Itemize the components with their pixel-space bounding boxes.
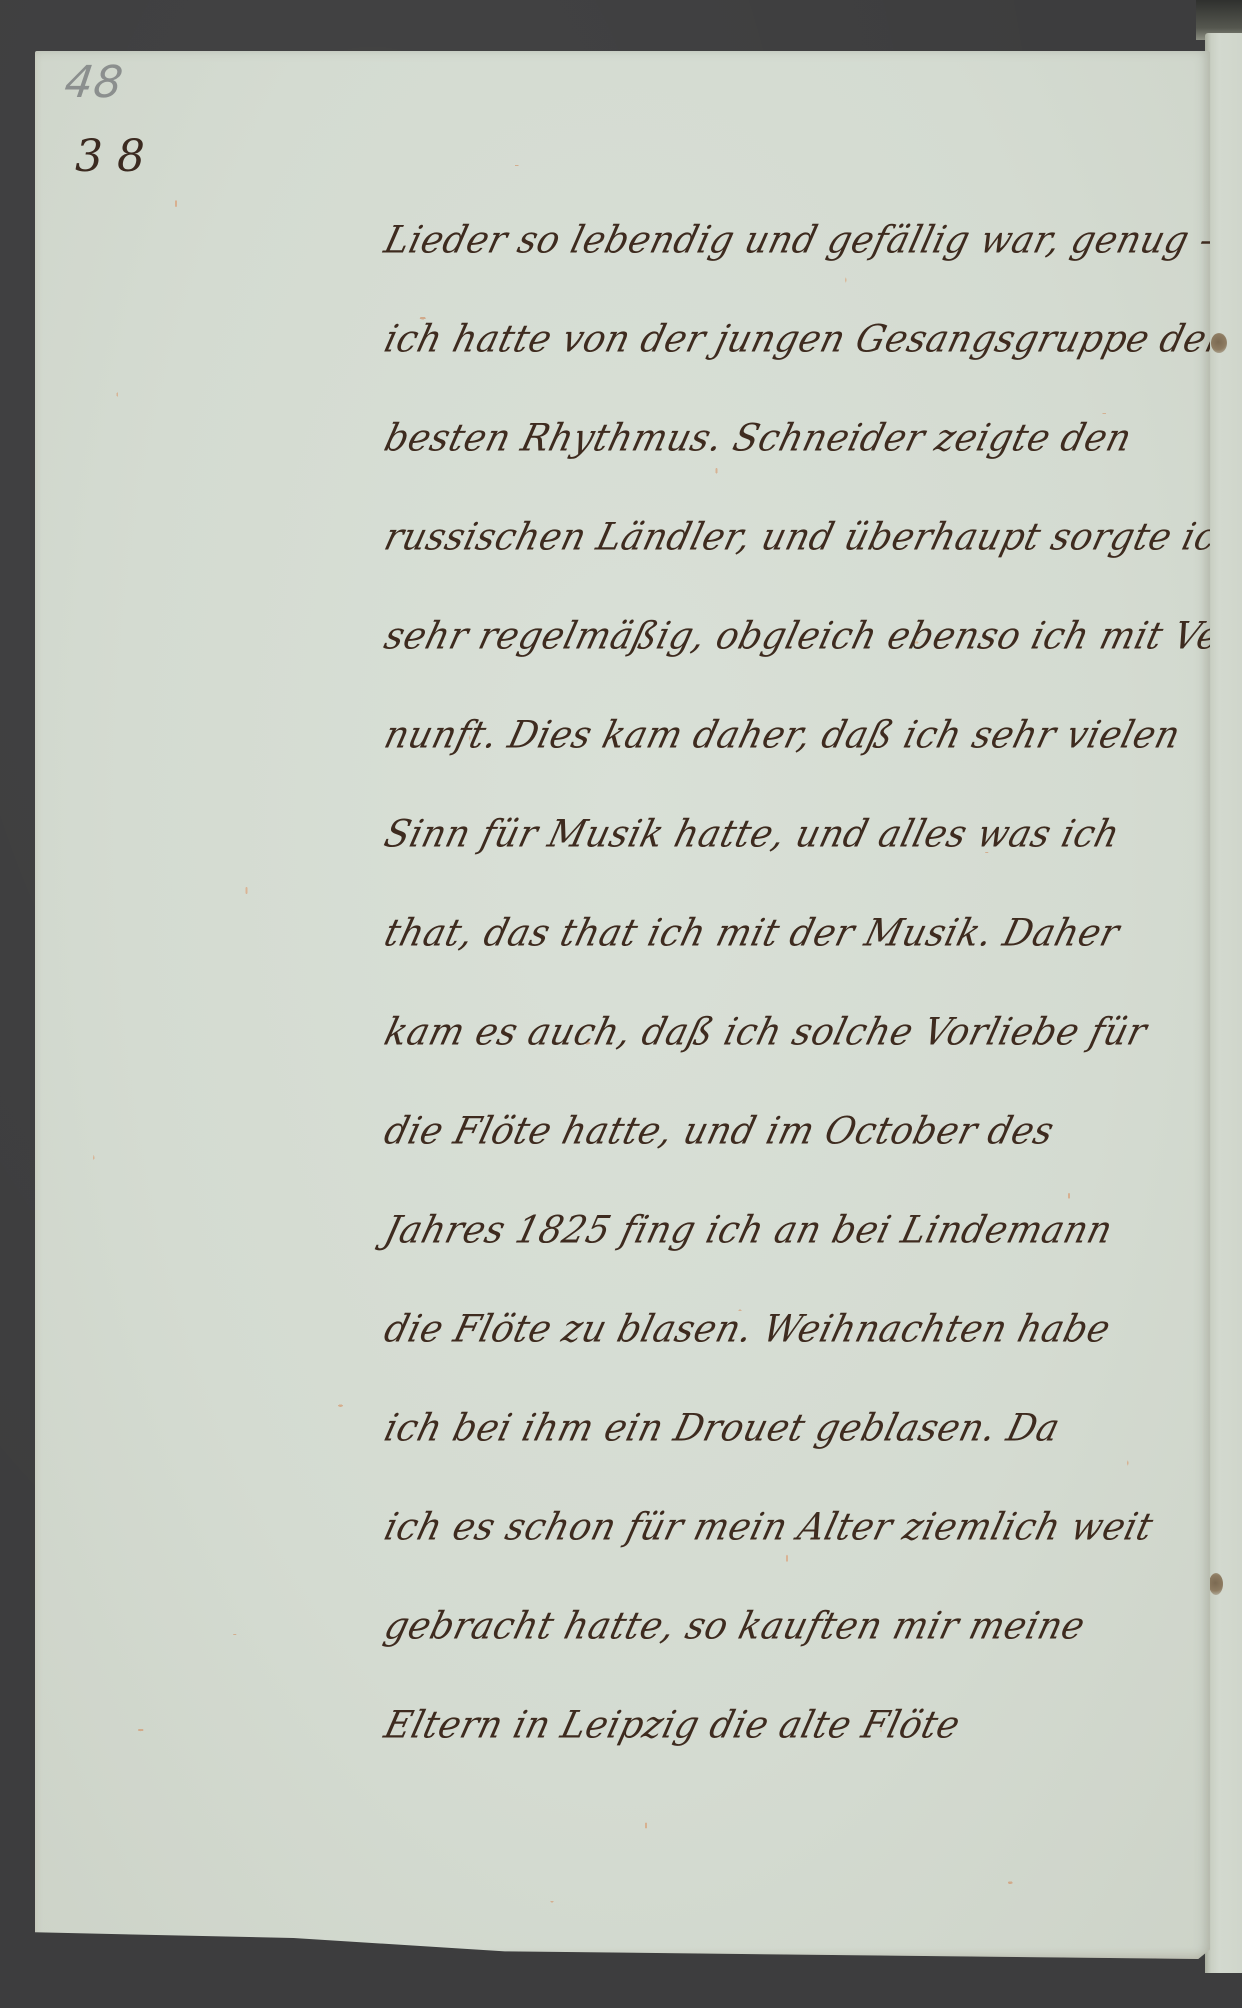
underlying-page-edge xyxy=(1205,33,1242,1973)
text-line: Lieder so lebendig und gefällig war, gen… xyxy=(380,219,1242,262)
text-line: die Flöte zu blasen. Weihnachten habe xyxy=(380,1308,1115,1351)
text-line: russischen Ländler, und überhaupt sorgte… xyxy=(380,516,1242,559)
text-line: sehr regelmäßig, obgleich ebenso ich mit… xyxy=(380,615,1242,658)
text-line: nunft. Dies kam daher, daß ich sehr viel… xyxy=(380,714,1185,757)
text-line: die Flöte hatte, und im October des xyxy=(380,1110,1058,1153)
pencil-folio-number: 48 xyxy=(61,57,126,108)
stain-spot xyxy=(1211,333,1227,353)
manuscript-page: 48 38 Lieder so lebendig und gefällig wa… xyxy=(35,51,1210,1959)
text-line: Sinn für Musik hatte, und alles was ich xyxy=(380,813,1124,856)
text-line: ich bei ihm ein Drouet geblasen. Da xyxy=(380,1407,1064,1450)
text-line: gebracht hatte, so kauften mir meine xyxy=(380,1605,1089,1648)
text-line: Jahres 1825 fing ich an bei Lindemann xyxy=(380,1209,1117,1252)
text-line: that, das that ich mit der Musik. Daher xyxy=(380,912,1124,955)
ink-page-number: 38 xyxy=(75,131,159,182)
text-line: Eltern in Leipzig die alte Flöte xyxy=(380,1704,964,1747)
text-line: ich es schon für mein Alter ziemlich wei… xyxy=(380,1506,1157,1549)
stain-spot xyxy=(1209,1573,1223,1595)
text-line: besten Rhythmus. Schneider zeigte den xyxy=(380,417,1136,460)
text-line: ich hatte von der jungen Gesangsgruppe d… xyxy=(380,318,1235,361)
text-line: kam es auch, daß ich solche Vorliebe für xyxy=(380,1011,1151,1054)
